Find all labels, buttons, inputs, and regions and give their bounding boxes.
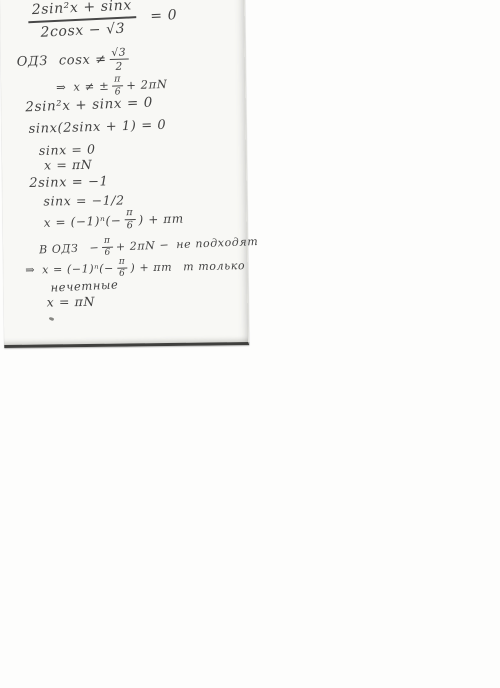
final-answer-line: x = πN [47,294,95,310]
implies-arrow: ⇒ [25,264,35,277]
m-only-note: m только [183,260,245,274]
odd-note-line: нечетные [50,277,118,294]
domain-condition-line: ОДЗ cosx ≠ √3 2 [16,46,131,75]
implies-arrow: ⇒ [56,80,67,94]
equation-main: 2sin²x + sinx 2cosx − √3 = 0 [27,0,178,41]
odz-expression: cosx ≠ [59,52,107,68]
pi-over-6-fraction: π 6 [102,237,113,259]
math-line-case2-root: x = (−1)ⁿ(− π 6 ) + πm [43,207,184,235]
pi-over-6-fraction: π 6 [117,258,128,280]
math-line-numerator-equation: 2sin²x + sinx = 0 [25,94,153,115]
math-line-case2: 2sinx = −1 [29,174,108,191]
main-fraction: 2sin²x + sinx 2cosx − √3 [27,0,137,41]
sqrt3-over-2-fraction: √3 2 [109,46,129,72]
scanned-page: 2sin²x + sinx 2cosx − √3 = 0 ОДЗ cosx ≠ … [0,0,500,688]
odz-label: ОДЗ [17,54,49,70]
pi-over-6-fraction: π 6 [124,208,136,232]
pi-over-6-fraction: π 6 [112,74,123,97]
v-odz-label: В ОДЗ [39,242,79,257]
math-line-factored: sinx(2sinx + 1) = 0 [28,118,166,137]
conclusion-line: ⇒ x = (−1)ⁿ(− π 6 ) + πm m только [25,255,245,282]
paper-sheet: 2sin²x + sinx 2cosx − √3 = 0 ОДЗ cosx ≠ … [0,0,249,348]
does-not-fit-note: не подходят [176,235,258,251]
math-line-case1-root: x = πN [44,157,92,173]
fraction-denominator: 2cosx − √3 [40,18,125,40]
equation-rhs: = 0 [150,7,178,24]
math-line-case2-sine: sinx = −1/2 [43,192,124,208]
stray-pen-mark [49,317,55,322]
math-line-case1: sinx = 0 [39,141,96,158]
